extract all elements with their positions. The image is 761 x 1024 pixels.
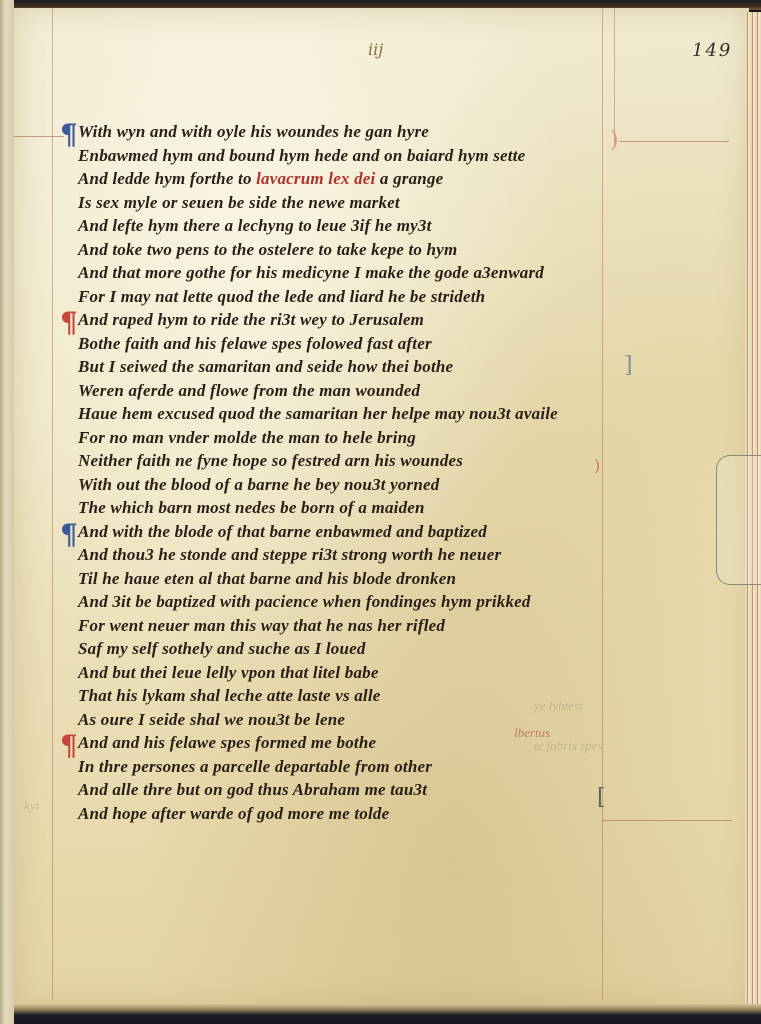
text-line: And but thei leue lelly vpon that litel … (66, 661, 706, 685)
line-text: For went neuer man this way that he nas … (78, 616, 445, 635)
text-line: Saf my self sothely and suche as I loued (66, 637, 706, 661)
book-bottom-edge (14, 1004, 761, 1024)
folio-number: 149 (692, 40, 732, 61)
line-text: The which barn most nedes be born of a m… (78, 498, 425, 517)
text-line: With out the blood of a barne he bey nou… (66, 473, 706, 497)
text-line: ¶And with the blode of that barne enbawm… (66, 520, 706, 544)
text-line: Haue hem excused quod the samaritan her … (66, 402, 706, 426)
text-line: Weren aferde and flowe from the man woun… (66, 379, 706, 403)
ruling-line-head-left (14, 136, 64, 137)
line-text: And raped hym to ride the ri3t wey to Je… (78, 310, 424, 329)
line-text: With out the blood of a barne he bey nou… (78, 475, 439, 494)
line-text: Neither faith ne fyne hope so festred ar… (78, 451, 463, 470)
line-text: For no man vnder molde the man to hele b… (78, 428, 416, 447)
line-text: With wyn and with oyle his woundes he ga… (78, 122, 429, 141)
text-line: ¶And raped hym to ride the ri3t wey to J… (66, 308, 706, 332)
text-line: As oure I seide shal we nou3t be lene (66, 708, 706, 732)
text-line: The which barn most nedes be born of a m… (66, 496, 706, 520)
text-line: And ledde hym forthe to lavacrum lex dei… (66, 167, 706, 191)
line-text: And 3it be baptized with pacience when f… (78, 592, 531, 611)
line-text: For I may nat lette quod the lede and li… (78, 287, 485, 306)
line-text: Til he haue eten al that barne and his b… (78, 569, 456, 588)
text-line: Bothe faith and his felawe spes folowed … (66, 332, 706, 356)
text-line: That his lykam shal leche atte laste vs … (66, 684, 706, 708)
adjacent-page-edge (0, 0, 15, 1024)
line-text: And hope after warde of god more me told… (78, 804, 389, 823)
line-text: Bothe faith and his felawe spes folowed … (78, 334, 432, 353)
show-through-text: kyt (24, 798, 39, 814)
text-line: ¶And and his felawe spes formed me bothe (66, 731, 706, 755)
line-text: And toke two pens to the ostelere to tak… (78, 240, 457, 259)
text-line: And lefte hym there a lechyng to leue 3i… (66, 214, 706, 238)
text-line: Neither faith ne fyne hope so festred ar… (66, 449, 706, 473)
text-line: Is sex myle or seuen be side the newe ma… (66, 191, 706, 215)
quire-signature: iij (368, 40, 383, 59)
text-line: And that more gothe for his medicyne I m… (66, 261, 706, 285)
text-line: Til he haue eten al that barne and his b… (66, 567, 706, 591)
line-text: Is sex myle or seuen be side the newe ma… (78, 193, 400, 212)
text-line: For I may nat lette quod the lede and li… (66, 285, 706, 309)
line-text: And ledde hym forthe to (78, 169, 256, 188)
manuscript-text-block: ¶With wyn and with oyle his woundes he g… (66, 120, 706, 825)
text-line: For no man vnder molde the man to hele b… (66, 426, 706, 450)
line-text: Haue hem excused quod the samaritan her … (78, 404, 558, 423)
line-text: And thou3 he stonde and steppe ri3t stro… (78, 545, 501, 564)
tab-marker (716, 455, 761, 585)
line-text: Saf my self sothely and suche as I loued (78, 639, 366, 658)
line-text: And lefte hym there a lechyng to leue 3i… (78, 216, 432, 235)
text-line: And alle thre but on god thus Abraham me… (66, 778, 706, 802)
line-text: And alle thre but on god thus Abraham me… (78, 780, 427, 799)
line-text: Enbawmed hym and bound hym hede and on b… (78, 146, 525, 165)
line-text: And but thei leue lelly vpon that litel … (78, 663, 379, 682)
line-text: In thre persones a parcelle departable f… (78, 757, 432, 776)
line-text: And with the blode of that barne enbawme… (78, 522, 487, 541)
text-line: And toke two pens to the ostelere to tak… (66, 238, 706, 262)
text-line: And thou3 he stonde and steppe ri3t stro… (66, 543, 706, 567)
text-line: ¶With wyn and with oyle his woundes he g… (66, 120, 706, 144)
line-text: But I seiwed the samaritan and seide how… (78, 357, 453, 376)
text-line: And 3it be baptized with pacience when f… (66, 590, 706, 614)
text-line: But I seiwed the samaritan and seide how… (66, 355, 706, 379)
rubricated-text: lavacrum lex dei (256, 169, 375, 188)
line-text: That his lykam shal leche atte laste vs … (78, 686, 381, 705)
line-text: a grange (375, 169, 443, 188)
ruling-line-left (52, 8, 53, 1000)
line-text: As oure I seide shal we nou3t be lene (78, 710, 345, 729)
text-line: And hope after warde of god more me told… (66, 802, 706, 826)
line-text: Weren aferde and flowe from the man woun… (78, 381, 420, 400)
line-text: And that more gothe for his medicyne I m… (78, 263, 544, 282)
text-line: For went neuer man this way that he nas … (66, 614, 706, 638)
line-text: And and his felawe spes formed me bothe (78, 733, 376, 752)
text-line: Enbawmed hym and bound hym hede and on b… (66, 144, 706, 168)
text-line: In thre persones a parcelle departable f… (66, 755, 706, 779)
